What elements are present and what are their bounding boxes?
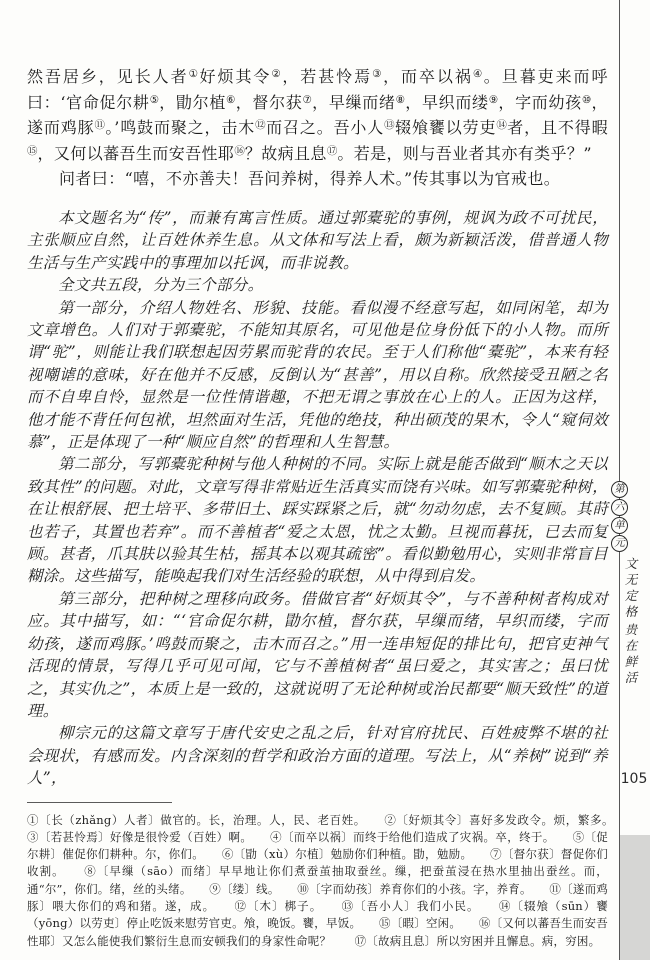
page-corner-box xyxy=(620,835,650,960)
unit-motto-line1: 文无定格 xyxy=(621,557,639,621)
margin-divider-line xyxy=(619,0,620,960)
commentary-paragraph-5: 第三部分，把种树之理移向政务。借做官者“好烦其令”，与不善种树者构成对应。其中描… xyxy=(27,588,608,722)
unit-badge-char-1: 第 xyxy=(611,481,628,498)
unit-badge-char-4: 元 xyxy=(611,535,628,552)
classical-text-paragraph-1: 然吾居乡，见长人者①好烦其令②，若甚怜焉③，而卒以祸④。旦暮吏来而呼曰：‘官命促… xyxy=(27,64,608,166)
unit-motto-line2: 贵在鲜活 xyxy=(621,623,639,687)
classical-text-section: 然吾居乡，见长人者①好烦其令②，若甚怜焉③，而卒以祸④。旦暮吏来而呼曰：‘官命促… xyxy=(27,64,608,192)
unit-badge: 第 六 单 元 xyxy=(611,481,628,553)
commentary-paragraph-2: 全文共五段，分为三个部分。 xyxy=(27,274,608,296)
page-body: 然吾居乡，见长人者①好烦其令②，若甚怜焉③，而卒以祸④。旦暮吏来而呼曰：‘官命促… xyxy=(27,64,608,950)
unit-badge-char-3: 单 xyxy=(611,517,628,534)
commentary-paragraph-6: 柳宗元的这篇文章写于唐代安史之乱之后，针对官府扰民、百姓疲弊不堪的社会现状，有感… xyxy=(27,722,608,789)
commentary-section: 本文题名为“传”，而兼有寓言性质。通过郭橐驼的事例，规讽为政不可扰民，主张顺应自… xyxy=(27,207,608,790)
unit-badge-char-2: 六 xyxy=(611,499,628,516)
commentary-paragraph-3: 第一部分，介绍人物姓名、形貌、技能。看似漫不经意写起，如同闲笔，却为文章增色。人… xyxy=(27,297,608,454)
footnotes-text: ①〔长（zhǎng）人者〕做官的。长，治理。人，民、老百姓。 ②〔好烦其令〕喜好… xyxy=(27,812,608,950)
commentary-paragraph-1: 本文题名为“传”，而兼有寓言性质。通过郭橐驼的事例，规讽为政不可扰民，主张顺应自… xyxy=(27,207,608,274)
commentary-paragraph-4: 第二部分，写郭橐驼种树与他人种树的不同。实际上就是能否做到“顺木之天以致其性”的… xyxy=(27,453,608,587)
page-number: 105 xyxy=(620,771,648,787)
footnote-divider-rule xyxy=(27,802,172,803)
classical-text-paragraph-2: 问者曰：“嘻，不亦善夫！吾问养树，得养人术。”传其事以为官戒也。 xyxy=(27,166,608,192)
textbook-page: 然吾居乡，见长人者①好烦其令②，若甚怜焉③，而卒以祸④。旦暮吏来而呼曰：‘官命促… xyxy=(0,0,650,960)
